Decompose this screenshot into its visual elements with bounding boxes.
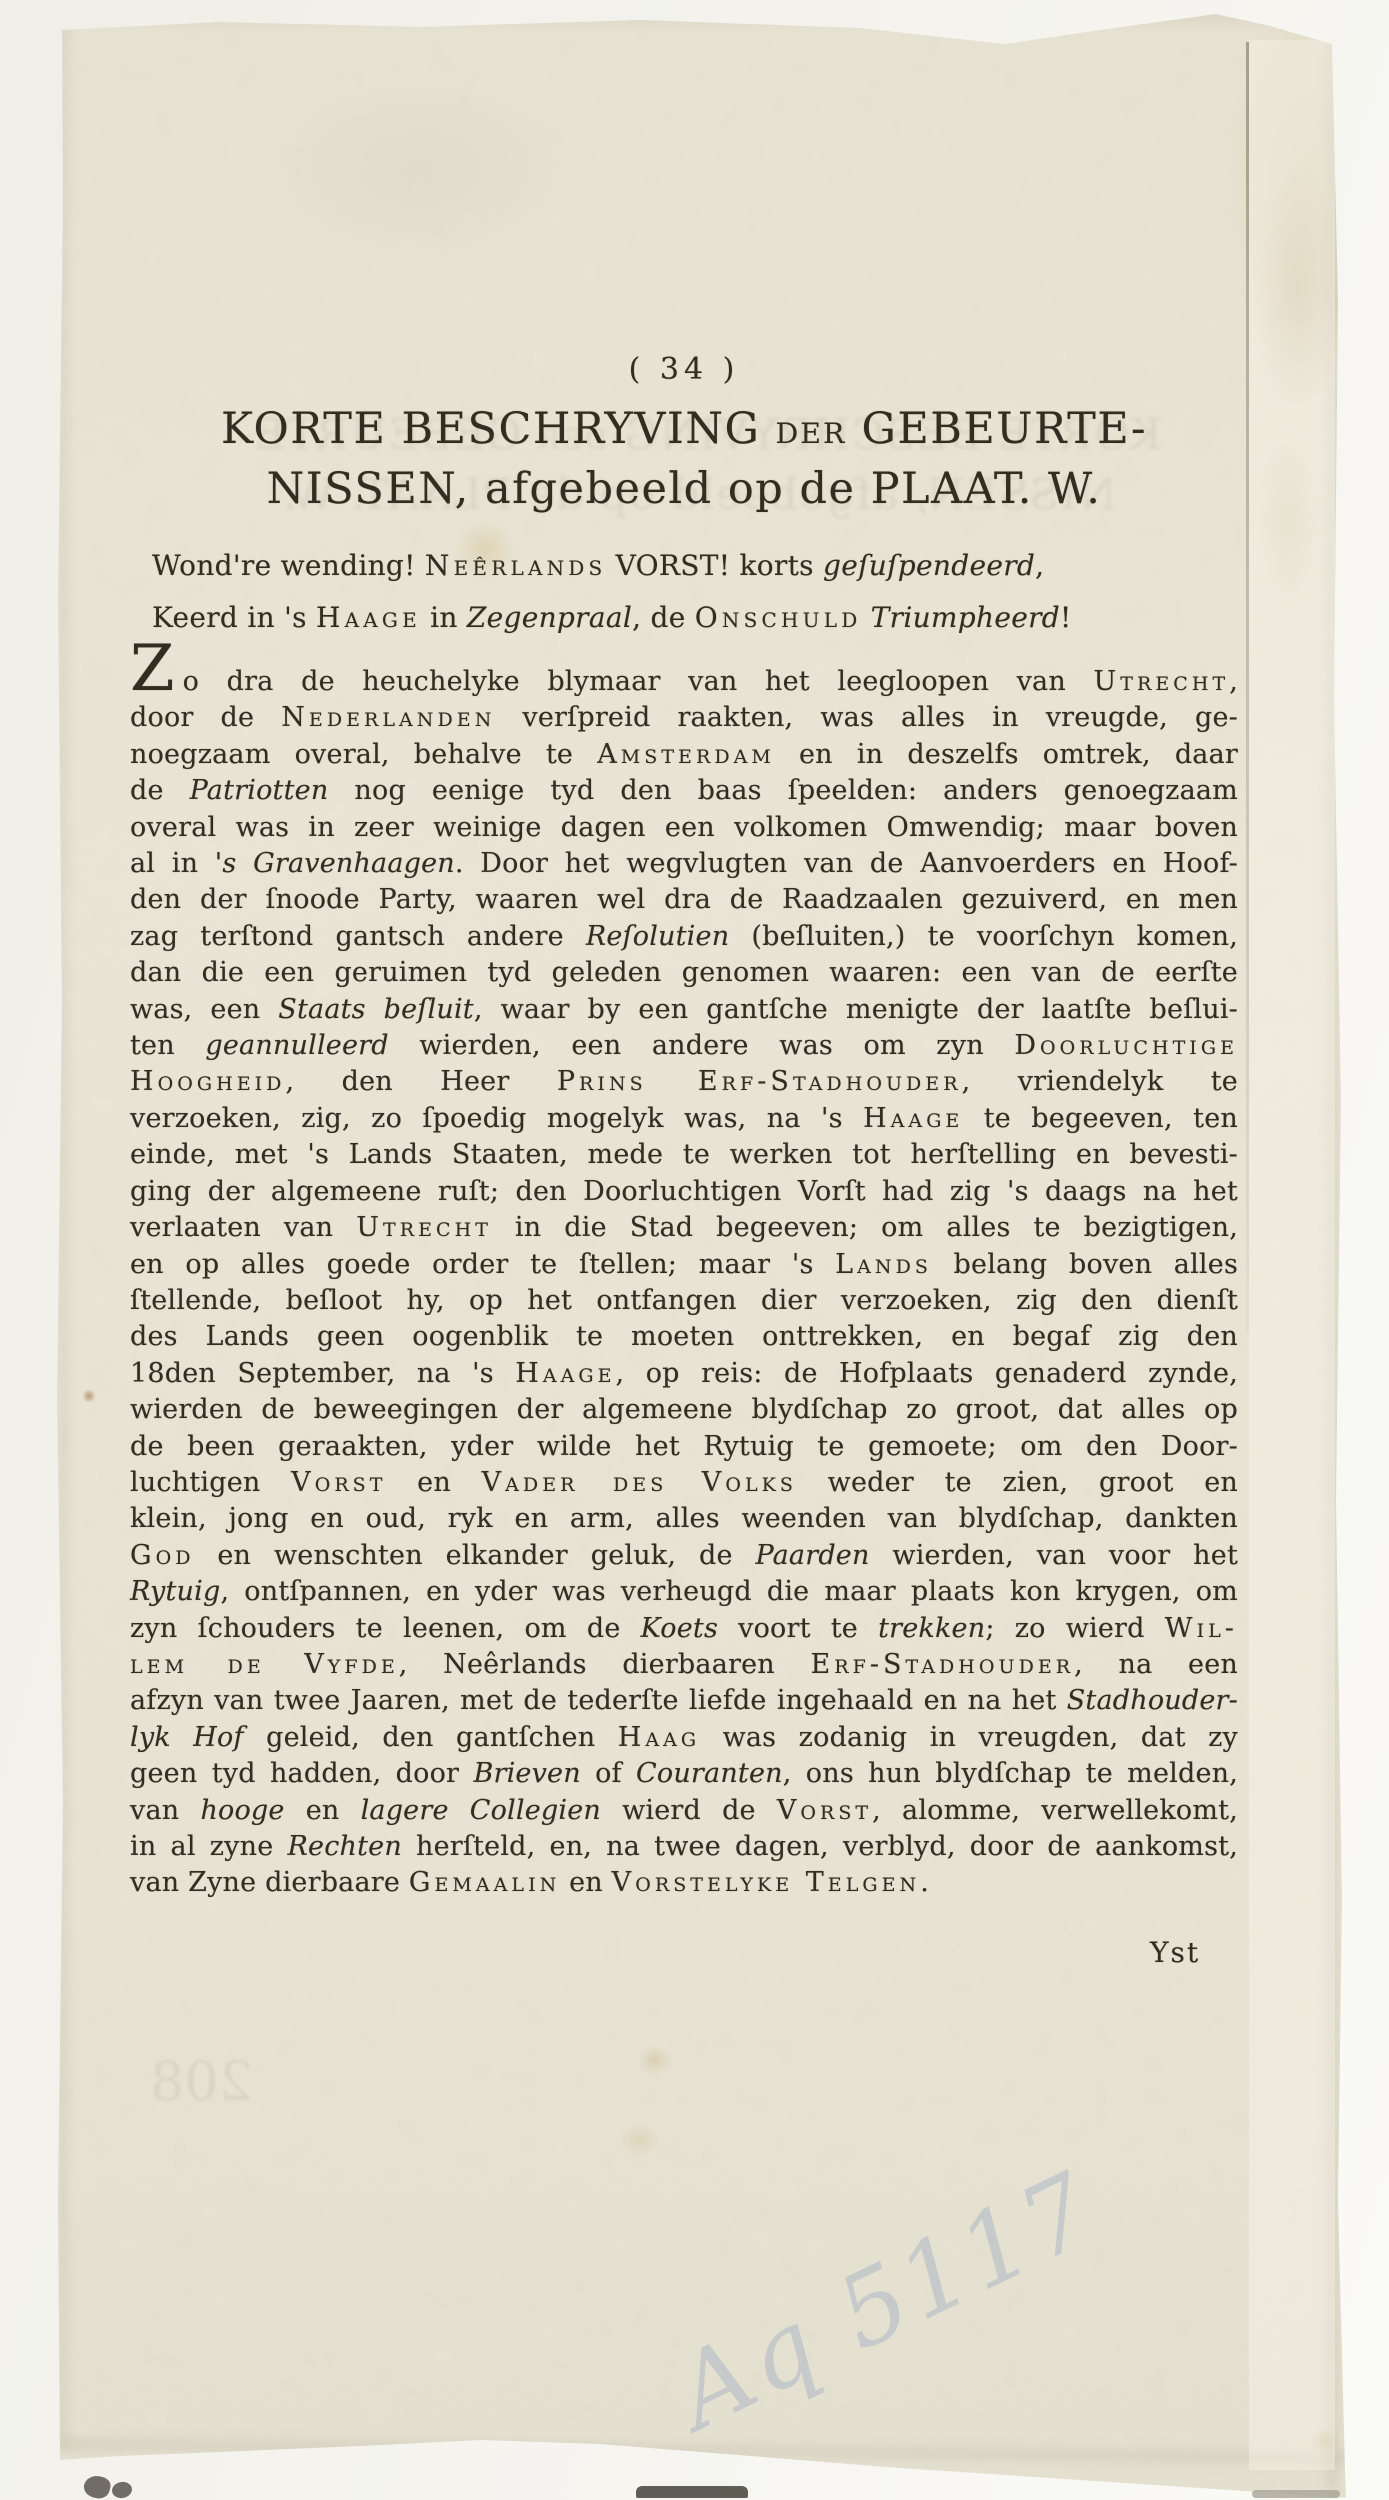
body-line: ſtellende, beſloot hy, op het ontfangen …: [130, 1283, 1238, 1319]
body-line: door de Nederlanden verſpreid raakten, w…: [130, 700, 1238, 736]
body-line: en op alles goede order te ſtellen; maar…: [130, 1247, 1238, 1283]
title-line-1: KORTE BESCHRYVING der GEBEURTE-: [130, 404, 1238, 454]
scan-fragment-left: [111, 2480, 133, 2499]
right-margin-strip: [1249, 40, 1335, 2470]
body-line: wierden de beweegingen der algemeene bly…: [130, 1392, 1238, 1428]
body-line: van hooge en lagere Collegien wierd de V…: [130, 1793, 1238, 1829]
body-line: 18den September, na 's Haage, op reis: d…: [130, 1356, 1238, 1392]
body-line: al in 's Gravenhaagen. Door het wegvlugt…: [130, 846, 1238, 882]
body-line: einde, met 's Lands Staaten, mede te wer…: [130, 1137, 1238, 1173]
body-line: zag terſtond gantsch andere Reſolutien (…: [130, 919, 1238, 955]
scan-fragment-right: [1252, 2490, 1340, 2498]
body-line: Hoogheid, den Heer Prins Erf-Stadhouder,…: [130, 1064, 1238, 1100]
body-line: ging der algemeene ruſt; den Doorluchtig…: [130, 1174, 1238, 1210]
body-line: was, een Staats beſluit, waar by een gan…: [130, 992, 1238, 1028]
initial-capital-Z: Z: [130, 632, 175, 706]
body-line: zyn ſchouders te leenen, om de Koets voo…: [130, 1611, 1238, 1647]
body-line: van Zyne dierbaare Gemaalin en Vorstelyk…: [130, 1865, 1238, 1901]
title-line-2: NISSEN, afgebeeld op de PLAAT. W.: [130, 464, 1238, 514]
body-line: Rytuig, ontſpannen, en yder was verheugd…: [130, 1574, 1238, 1610]
verse-couplet: Wond're wending! Neêrlands VORST! korts …: [152, 540, 1212, 644]
body-line: de been geraakten, yder wilde het Rytuig…: [130, 1429, 1238, 1465]
body-line: lyk Hof geleid, den gantſchen Haag was z…: [130, 1720, 1238, 1756]
body-line: in al zyne Rechten herſteld, en, na twee…: [130, 1829, 1238, 1865]
body-line: overal was in zeer weinige dagen een vol…: [130, 810, 1238, 846]
body-line: verlaaten van Utrecht in die Stad begeev…: [130, 1210, 1238, 1246]
scan-fragment-left: [82, 2473, 113, 2500]
body-line: des Lands geen oogenblik te moeten onttr…: [130, 1319, 1238, 1355]
body-line: lem de Vyfde, Neêrlands dierbaaren Erf-S…: [130, 1647, 1238, 1683]
body-line: verzoeken, zig, zo ſpoedig mogelyk was, …: [130, 1101, 1238, 1137]
body-line: dan die een geruimen tyd geleden genomen…: [130, 955, 1238, 991]
body-line: de Patriotten nog eenige tyd den baas ſp…: [130, 773, 1238, 809]
body-line: luchtigen Vorst en Vader des Volks weder…: [130, 1465, 1238, 1501]
body-line: afzyn van twee Jaaren, met de tederſte l…: [130, 1683, 1238, 1719]
scan-background: KORTE BESCHRYVING der GEBEURTE- NISSEN, …: [0, 0, 1389, 2500]
edge-shadow-left: [58, 20, 68, 2450]
verse-line-1: Wond're wending! Neêrlands VORST! korts …: [152, 540, 1212, 592]
handwritten-inventory-number: Aq 5117: [658, 2145, 1123, 2452]
edge-shadow-top: [60, 12, 1335, 22]
body-line: den der ſnoode Party, waaren wel dra de …: [130, 882, 1238, 918]
body-line: geen tyd hadden, door Brieven of Courant…: [130, 1756, 1238, 1792]
page-number: ( 34 ): [130, 352, 1238, 387]
body-line: ten geannulleerd wierden, een andere was…: [130, 1028, 1238, 1064]
document-sheet: KORTE BESCHRYVING der GEBEURTE- NISSEN, …: [0, 0, 1389, 2500]
scan-fragment-center: [636, 2486, 748, 2498]
body-line: klein, jong en oud, ryk en arm, alles we…: [130, 1501, 1238, 1537]
body-line: noegzaam overal, behalve te Amsterdam en…: [130, 737, 1238, 773]
catchword: Yst: [1150, 1936, 1200, 1969]
body-line: God en wenschten elkander geluk, de Paar…: [130, 1538, 1238, 1574]
verse-line-2: Keerd in 's Haage in Zegenpraal, de Onsc…: [152, 592, 1212, 644]
body-line: Zo dra de heuchelyke blymaar van het lee…: [130, 664, 1238, 700]
ghost-number-showthrough: 208: [150, 2050, 253, 2113]
fold-crease-line: [1246, 42, 1249, 1332]
body-block: Zo dra de heuchelyke blymaar van het lee…: [130, 664, 1238, 1902]
